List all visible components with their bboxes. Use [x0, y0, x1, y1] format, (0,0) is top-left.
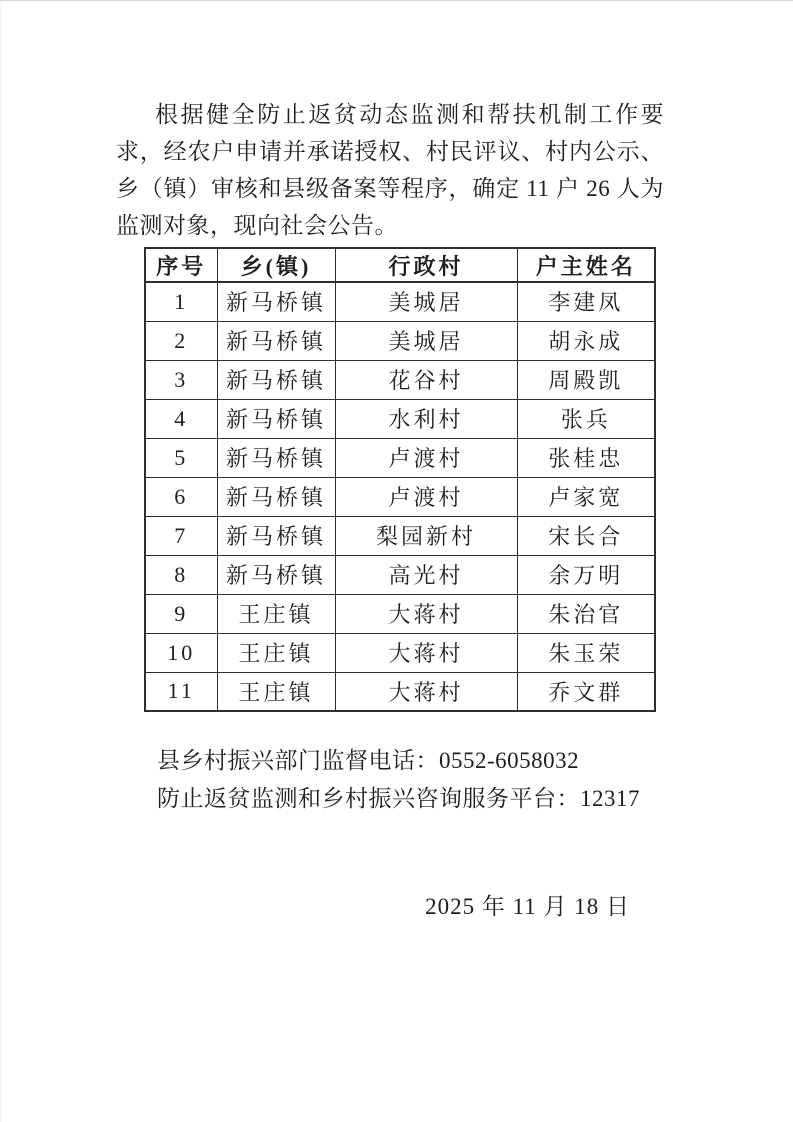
cell-seq: 9: [145, 594, 217, 633]
cell-village: 大蒋村: [335, 633, 517, 672]
table-row: 1 新马桥镇 美城居 李建凤: [145, 282, 655, 321]
cell-village: 花谷村: [335, 360, 517, 399]
document-body: 根据健全防止返贫动态监测和帮扶机制工作要求，经农户申请并承诺授权、村民评议、村内…: [116, 96, 664, 921]
cell-village: 大蒋村: [335, 672, 517, 711]
cell-seq: 5: [145, 438, 217, 477]
table-row: 3 新马桥镇 花谷村 周殿凯: [145, 360, 655, 399]
cell-town: 王庄镇: [217, 633, 335, 672]
cell-village: 大蒋村: [335, 594, 517, 633]
cell-seq: 6: [145, 477, 217, 516]
cell-village: 卢渡村: [335, 438, 517, 477]
cell-village: 卢渡村: [335, 477, 517, 516]
cell-seq: 8: [145, 555, 217, 594]
cell-town: 新马桥镇: [217, 360, 335, 399]
cell-seq: 1: [145, 282, 217, 321]
cell-name: 李建凤: [517, 282, 655, 321]
header-town: 乡(镇): [217, 248, 335, 282]
cell-seq: 7: [145, 516, 217, 555]
cell-name: 胡永成: [517, 321, 655, 360]
table-row: 6 新马桥镇 卢渡村 卢家宽: [145, 477, 655, 516]
cell-town: 新马桥镇: [217, 555, 335, 594]
table-row: 9 王庄镇 大蒋村 朱治官: [145, 594, 655, 633]
cell-name: 朱玉荣: [517, 633, 655, 672]
cell-town: 王庄镇: [217, 594, 335, 633]
table-row: 11 王庄镇 大蒋村 乔文群: [145, 672, 655, 711]
cell-seq: 4: [145, 399, 217, 438]
cell-name: 周殿凯: [517, 360, 655, 399]
table-row: 4 新马桥镇 水利村 张兵: [145, 399, 655, 438]
intro-paragraph: 根据健全防止返贫动态监测和帮扶机制工作要求，经农户申请并承诺授权、村民评议、村内…: [116, 96, 664, 244]
table-header-row: 序号 乡(镇) 行政村 户主姓名: [145, 248, 655, 282]
cell-village: 美城居: [335, 282, 517, 321]
cell-town: 新马桥镇: [217, 477, 335, 516]
cell-village: 高光村: [335, 555, 517, 594]
cell-name: 朱治官: [517, 594, 655, 633]
table-row: 8 新马桥镇 高光村 余万明: [145, 555, 655, 594]
header-village: 行政村: [335, 248, 517, 282]
cell-town: 新马桥镇: [217, 516, 335, 555]
header-name: 户主姓名: [517, 248, 655, 282]
header-seq: 序号: [145, 248, 217, 282]
cell-name: 乔文群: [517, 672, 655, 711]
cell-seq: 10: [145, 633, 217, 672]
cell-town: 王庄镇: [217, 672, 335, 711]
cell-village: 梨园新村: [335, 516, 517, 555]
cell-seq: 2: [145, 321, 217, 360]
cell-village: 水利村: [335, 399, 517, 438]
announcement-page: 根据健全防止返贫动态监测和帮扶机制工作要求，经农户申请并承诺授权、村民评议、村内…: [0, 0, 793, 1122]
cell-town: 新马桥镇: [217, 399, 335, 438]
cell-seq: 11: [145, 672, 217, 711]
table-row: 5 新马桥镇 卢渡村 张桂忠: [145, 438, 655, 477]
table-row: 10 王庄镇 大蒋村 朱玉荣: [145, 633, 655, 672]
supervision-phone-line: 县乡村振兴部门监督电话：0552-6058032: [157, 742, 664, 780]
cell-seq: 3: [145, 360, 217, 399]
cell-name: 宋长合: [517, 516, 655, 555]
table-row: 2 新马桥镇 美城居 胡永成: [145, 321, 655, 360]
cell-name: 余万明: [517, 555, 655, 594]
cell-name: 张兵: [517, 399, 655, 438]
cell-town: 新马桥镇: [217, 321, 335, 360]
service-platform-line: 防止返贫监测和乡村振兴咨询服务平台：12317: [157, 780, 664, 818]
monitored-households-table: 序号 乡(镇) 行政村 户主姓名 1 新马桥镇 美城居 李建凤 2 新马桥镇 美…: [144, 247, 656, 712]
announcement-date: 2025 年 11 月 18 日: [116, 888, 664, 921]
table-row: 7 新马桥镇 梨园新村 宋长合: [145, 516, 655, 555]
cell-town: 新马桥镇: [217, 282, 335, 321]
cell-name: 卢家宽: [517, 477, 655, 516]
cell-town: 新马桥镇: [217, 438, 335, 477]
cell-name: 张桂忠: [517, 438, 655, 477]
contact-info: 县乡村振兴部门监督电话：0552-6058032 防止返贫监测和乡村振兴咨询服务…: [116, 742, 664, 818]
cell-village: 美城居: [335, 321, 517, 360]
